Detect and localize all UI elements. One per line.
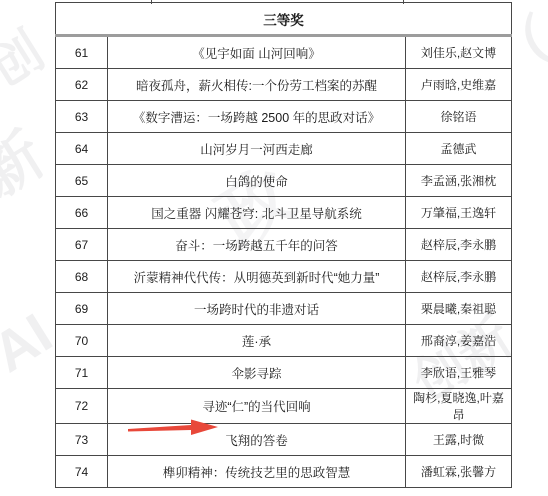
entry-title: 莲·承 [108,325,406,357]
entry-number: 65 [56,165,108,197]
awards-table-body: 61 《见宇如面 山河回响》 刘佳乐,赵文博 62 暗夜孤舟，薪火相传:一个份劳… [56,36,512,488]
entry-authors: 赵梓辰,李永鹏 [406,261,512,293]
entry-title: 暗夜孤舟，薪火相传:一个份劳工档案的苏醒 [108,69,406,101]
entry-number: 66 [56,197,108,229]
entry-title: 奋斗：一场跨越五千年的问答 [108,229,406,261]
table-row: 64 山河岁月一河西走廊 孟德武 [56,133,512,165]
table-row: 72 寻迹“仁”的当代回响 陶杉,夏晓逸,叶嘉昂 [56,389,512,424]
table-row: 71 伞影寻踪 李欣语,王雅琴 [56,357,512,389]
entry-authors: 李孟涵,张湘枕 [406,165,512,197]
entry-number: 70 [56,325,108,357]
table-row: 61 《见宇如面 山河回响》 刘佳乐,赵文博 [56,36,512,69]
table-row: 69 一场跨时代的非遗对话 栗晨曦,秦祖聪 [56,293,512,325]
entry-authors: 潘虹霖,张馨方 [406,456,512,488]
entry-authors: 徐铭语 [406,101,512,133]
entry-title: 沂蒙精神代代传：从明德英到新时代“她力量” [108,261,406,293]
entry-title: 《见宇如面 山河回响》 [108,36,406,69]
entry-number: 63 [56,101,108,133]
table-row: 65 白鸽的使命 李孟涵,张湘枕 [56,165,512,197]
entry-title: 榫卯精神：传统技艺里的思政智慧 [108,456,406,488]
entry-authors: 赵梓辰,李永鹏 [406,229,512,261]
entry-title: 国之重器 闪耀苍穹: 北斗卫星导航系统 [108,197,406,229]
entry-title: 伞影寻踪 [108,357,406,389]
entry-number: 72 [56,389,108,424]
table-row: 67 奋斗：一场跨越五千年的问答 赵梓辰,李永鹏 [56,229,512,261]
watermark-text: 创 [0,10,56,101]
entry-number: 71 [56,357,108,389]
section-title: 三等奖 [56,3,512,36]
watermark-text: AI [0,300,63,385]
red-arrow-shape [128,420,218,436]
table-row: 62 暗夜孤舟，薪火相传:一个份劳工档案的苏醒 卢雨晗,史维嘉 [56,69,512,101]
entry-number: 73 [56,424,108,456]
document-page: 创 新 AI 创新 （ 政 三等奖 61 《见宇如面 山河回响》 刘佳乐,赵文博… [0,0,548,496]
table-row: 74 榫卯精神：传统技艺里的思政智慧 潘虹霖,张馨方 [56,456,512,488]
watermark-text: 新 [0,109,58,214]
entry-number: 68 [56,261,108,293]
entry-authors: 刘佳乐,赵文博 [406,36,512,69]
entry-title: 白鸽的使命 [108,165,406,197]
section-header-row: 三等奖 [56,3,512,36]
table-row: 63 《数字漕运：一场跨越 2500 年的思政对话》 徐铭语 [56,101,512,133]
entry-number: 61 [56,36,108,69]
entry-number: 74 [56,456,108,488]
table-row: 73 飞翔的答卷 王露,时微 [56,424,512,456]
red-arrow-icon [128,416,220,440]
entry-number: 64 [56,133,108,165]
table-row: 70 莲·承 邢裔淳,姜嘉浩 [56,325,512,357]
entry-authors: 陶杉,夏晓逸,叶嘉昂 [406,389,512,424]
entry-authors: 李欣语,王雅琴 [406,357,512,389]
table-row: 68 沂蒙精神代代传：从明德英到新时代“她力量” 赵梓辰,李永鹏 [56,261,512,293]
entry-authors: 栗晨曦,秦祖聪 [406,293,512,325]
entry-number: 62 [56,69,108,101]
entry-authors: 邢裔淳,姜嘉浩 [406,325,512,357]
entry-title: 一场跨时代的非遗对话 [108,293,406,325]
entry-authors: 万肇福,王逸轩 [406,197,512,229]
entry-authors: 孟德武 [406,133,512,165]
entry-title: 《数字漕运：一场跨越 2500 年的思政对话》 [108,101,406,133]
third-prize-table: 三等奖 61 《见宇如面 山河回响》 刘佳乐,赵文博 62 暗夜孤舟，薪火相传:… [55,2,512,488]
entry-authors: 卢雨晗,史维嘉 [406,69,512,101]
entry-authors: 王露,时微 [406,424,512,456]
table-row: 66 国之重器 闪耀苍穹: 北斗卫星导航系统 万肇福,王逸轩 [56,197,512,229]
entry-number: 67 [56,229,108,261]
entry-title: 山河岁月一河西走廊 [108,133,406,165]
entry-number: 69 [56,293,108,325]
